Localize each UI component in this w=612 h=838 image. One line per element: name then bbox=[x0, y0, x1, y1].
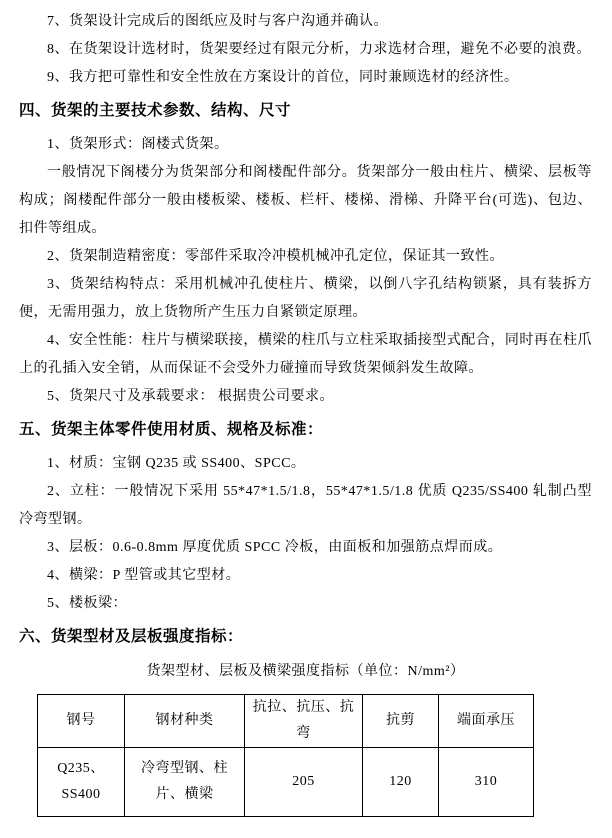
paragraph-item-7: 7、货架设计完成后的图纸应及时与客户沟通并确认。 bbox=[19, 8, 592, 36]
section-heading-5: 五、货架主体零件使用材质、规格及标准： bbox=[19, 415, 592, 445]
section-heading-4: 四、货架的主要技术参数、结构、尺寸 bbox=[19, 96, 592, 126]
table-row: Q235、SS400 冷弯型钢、柱片、横梁 205 120 310 bbox=[38, 748, 534, 817]
cell-shear-value: 120 bbox=[363, 748, 439, 817]
table-header-tension: 抗拉、抗压、抗弯 bbox=[245, 695, 363, 748]
table-header-bearing: 端面承压 bbox=[439, 695, 534, 748]
table-header-steel-grade: 钢号 bbox=[38, 695, 125, 748]
cell-steel-type: 冷弯型钢、柱片、横梁 bbox=[125, 748, 245, 817]
table-header-shear: 抗剪 bbox=[363, 695, 439, 748]
section5-paragraph-4: 4、横梁：P 型管或其它型材。 bbox=[19, 562, 592, 590]
table-header-steel-type: 钢材种类 bbox=[125, 695, 245, 748]
section4-paragraph-5: 4、安全性能：柱片与横梁联接，横梁的柱爪与立柱采取插接型式配合，同时再在柱爪上的… bbox=[19, 327, 592, 383]
section4-paragraph-1: 1、货架形式：阁楼式货架。 bbox=[19, 131, 592, 159]
cell-bearing-value: 310 bbox=[439, 748, 534, 817]
cell-steel-grade: Q235、SS400 bbox=[38, 748, 125, 817]
cell-tension-value: 205 bbox=[245, 748, 363, 817]
paragraph-item-9: 9、我方把可靠性和安全性放在方案设计的首位，同时兼顾选材的经济性。 bbox=[19, 64, 592, 92]
strength-indicator-table: 钢号 钢材种类 抗拉、抗压、抗弯 抗剪 端面承压 Q235、SS400 冷弯型钢… bbox=[37, 694, 534, 817]
section5-paragraph-5: 5、楼板梁： bbox=[19, 590, 592, 618]
table-header-row: 钢号 钢材种类 抗拉、抗压、抗弯 抗剪 端面承压 bbox=[38, 695, 534, 748]
section5-paragraph-2: 2、立柱：一般情况下采用 55*47*1.5/1.8，55*47*1.5/1.8… bbox=[19, 478, 592, 534]
table-caption: 货架型材、层板及横梁强度指标（单位：N/mm²） bbox=[19, 658, 592, 686]
section5-paragraph-3: 3、层板：0.6-0.8mm 厚度优质 SPCC 冷板，由面板和加强筋点焊而成。 bbox=[19, 534, 592, 562]
paragraph-item-8: 8、在货架设计选材时，货架要经过有限元分析，力求选材合理，避免不必要的浪费。 bbox=[19, 36, 592, 64]
section-heading-6: 六、货架型材及层板强度指标： bbox=[19, 622, 592, 652]
section5-paragraph-1: 1、材质：宝钢 Q235 或 SS400、SPCC。 bbox=[19, 450, 592, 478]
section4-paragraph-4: 3、货架结构特点：采用机械冲孔使柱片、横梁，以倒八字孔结构锁紧，具有装拆方便，无… bbox=[19, 271, 592, 327]
section4-paragraph-6: 5、货架尺寸及承载要求： 根据贵公司要求。 bbox=[19, 383, 592, 411]
document-page: 7、货架设计完成后的图纸应及时与客户沟通并确认。 8、在货架设计选材时，货架要经… bbox=[0, 0, 612, 838]
section4-paragraph-3: 2、货架制造精密度：零部件采取冷冲模机械冲孔定位，保证其一致性。 bbox=[19, 243, 592, 271]
section4-paragraph-2: 一般情况下阁楼分为货架部分和阁楼配件部分。货架部分一般由柱片、横梁、层板等构成；… bbox=[19, 159, 592, 243]
